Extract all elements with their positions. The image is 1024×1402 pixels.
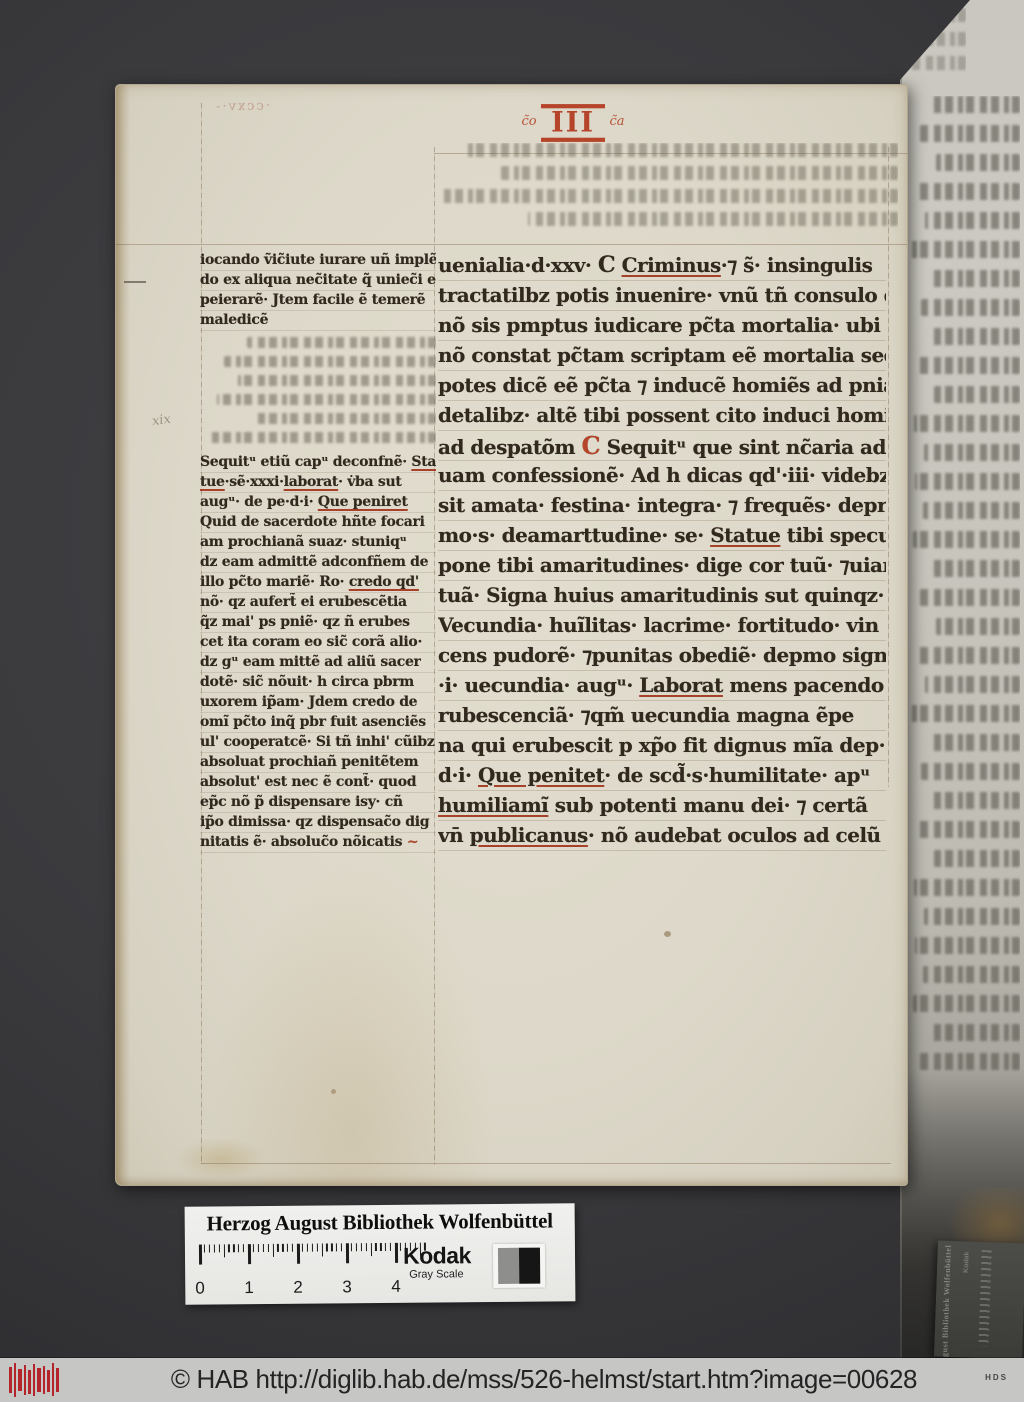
grayscale-patch <box>493 1244 545 1288</box>
parchment-stain <box>176 1137 266 1181</box>
shadowed-card-brand: Kodak <box>963 1251 971 1273</box>
next-folio-bleedthrough-top <box>906 8 966 80</box>
left-text-column: iocando ṽic̃iute iurare uñ implẽdo ex al… <box>200 251 436 853</box>
kodak-brand-label: Kodak <box>403 1242 471 1270</box>
folio-flourish-left: c̃o <box>522 114 537 129</box>
shadowed-ruler-card: Herzog August Bibliothek Wolfenbüttel Ko… <box>934 1240 1024 1359</box>
gray-patch-square <box>498 1248 519 1284</box>
ink-stain <box>664 931 671 937</box>
margin-note: xix <box>151 412 172 429</box>
ruler-number: 0 <box>195 1279 205 1299</box>
next-folio-page <box>900 0 1024 1358</box>
ruling-line-right-margin <box>888 147 889 787</box>
shadowed-card-ruler <box>978 1250 991 1346</box>
faded-inscription: ·ccxv·- <box>214 99 270 115</box>
bleedthrough-header <box>436 143 898 235</box>
ruler-number: 4 <box>391 1277 401 1297</box>
library-name-label: Herzog August Bibliothek Wolfenbüttel <box>185 1208 575 1236</box>
folio-number: c̃o III c̃a <box>508 105 638 141</box>
page-left-edge <box>116 85 130 1185</box>
ruler-numbers: 01234 <box>199 1277 431 1299</box>
footer-right-mark: HDS <box>985 1373 1008 1382</box>
bleedthrough-left-column <box>200 331 436 453</box>
footer-bar: © HAB http://diglib.hab.de/mss/526-helms… <box>0 1358 1024 1402</box>
left-column-paragraph-2: CSequitᵘ etiũ capᵘ deconfnẽ· Statue·sẽ·x… <box>200 453 436 853</box>
grayscale-label: Gray Scale <box>409 1268 464 1280</box>
next-folio-bleedthrough-text <box>910 96 1020 1082</box>
manuscript-page: c̃o III c̃a ·ccxv·- xix iocando ṽic̃iute… <box>115 84 908 1186</box>
ruler-number: 2 <box>293 1278 303 1298</box>
ruler-number: 3 <box>342 1277 352 1297</box>
folio-flourish-right: c̃a <box>609 114 624 129</box>
ruling-line-bottom <box>201 1163 891 1164</box>
black-patch-square <box>519 1248 540 1284</box>
pen-trial-mark <box>124 281 146 283</box>
ruler-number: 1 <box>244 1278 254 1298</box>
right-text-column: uenialia·d·xxv· C Criminus·⁊ s̃· insingu… <box>438 251 886 851</box>
shadowed-card-title: Herzog August Bibliothek Wolfenbüttel <box>939 1245 953 1360</box>
left-column-paragraph-1: iocando ṽic̃iute iurare uñ implẽdo ex al… <box>200 251 436 331</box>
ruling-line-textblock-top <box>116 244 907 245</box>
photo-background: c̃o III c̃a ·ccxv·- xix iocando ṽic̃iute… <box>0 0 1024 1402</box>
folio-numeral: III <box>541 104 605 142</box>
copyright-text: © HAB http://diglib.hab.de/mss/526-helms… <box>32 1364 1024 1395</box>
ruler-ticks <box>199 1243 431 1279</box>
kodak-ruler-card: Herzog August Bibliothek Wolfenbüttel 01… <box>185 1203 576 1304</box>
ink-stain <box>331 1089 336 1094</box>
